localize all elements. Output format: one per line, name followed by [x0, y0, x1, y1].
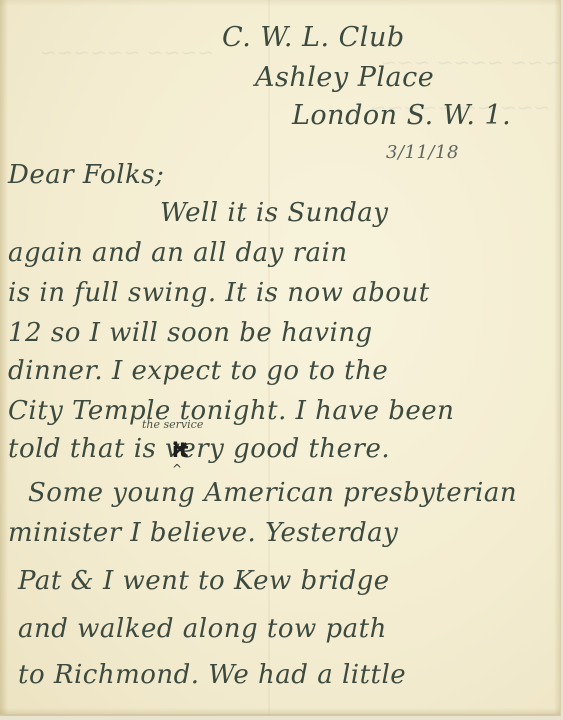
- letter-date: 3/11/18: [386, 142, 459, 163]
- body-line: again and an all day rain: [8, 238, 348, 268]
- body-line: and walked along tow path: [18, 614, 387, 644]
- caret-mark: ^: [172, 462, 182, 476]
- header-city: London S. W. 1.: [292, 100, 511, 131]
- body-line: told that is very good there.: [8, 434, 390, 464]
- body-line: 12 so I will soon be having: [8, 318, 373, 348]
- body-line: City Temple tonight. I have been: [8, 396, 454, 426]
- header-street: Ashley Place: [255, 62, 434, 93]
- body-line: minister I believe. Yesterday: [8, 518, 398, 548]
- inserted-text: the service: [142, 418, 203, 431]
- bleed-through-text: ~~~~ ~~~~~~: [40, 40, 214, 64]
- body-line: Well it is Sunday: [160, 198, 388, 228]
- header-club-name: C. W. L. Club: [222, 22, 405, 53]
- body-line: dinner. I expect to go to the: [8, 356, 388, 386]
- body-line: is in full swing. It is now about: [8, 278, 430, 308]
- body-line: Pat & I went to Kew bridge: [18, 566, 390, 596]
- letter-page: ~~~ ~~~~ ~~~ ~~~~ ~~~~~~ ~~~ ~~ ~~~~~ C.…: [0, 0, 561, 716]
- salutation: Dear Folks;: [8, 160, 164, 190]
- body-line: to Richmond. We had a little: [18, 660, 406, 690]
- body-line: Some young American presbyterian: [28, 478, 517, 508]
- strike-mark: ✕: [170, 436, 190, 464]
